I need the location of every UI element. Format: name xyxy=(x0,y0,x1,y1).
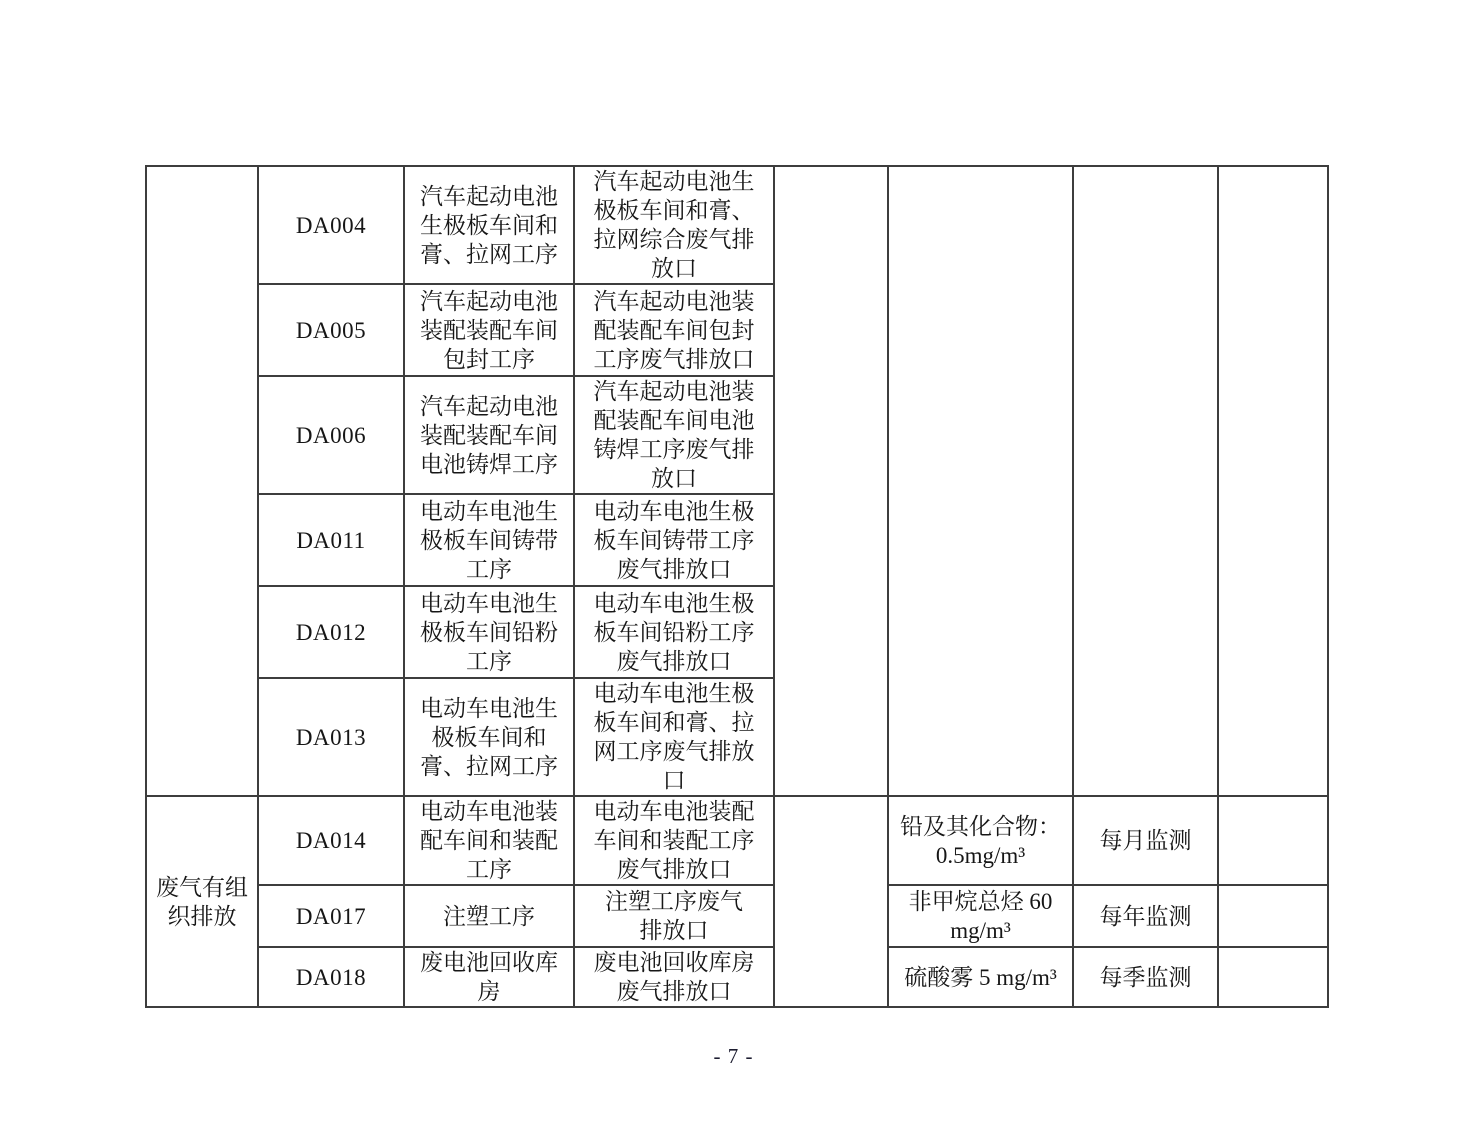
table-row: DA017 注塑工序 注塑工序废气排放口 非甲烷总烃 60 mg/m³ 每年监测 xyxy=(146,885,1328,947)
empty-cell xyxy=(1218,796,1328,885)
discharge-outlet-name: 电动车电池生极板车间和膏、拉网工序废气排放口 xyxy=(574,678,774,796)
outlet-code: DA006 xyxy=(258,376,404,494)
pollutant-limit: 铅及其化合物：0.5mg/m³ xyxy=(888,796,1073,885)
discharge-outlet-name: 电动车电池生极板车间铅粉工序废气排放口 xyxy=(574,586,774,678)
process-name: 电动车电池生极板车间和膏、拉网工序 xyxy=(404,678,574,796)
table-row: DA004 汽车起动电池生极板车间和膏、拉网工序 汽车起动电池生极板车间和膏、拉… xyxy=(146,166,1328,284)
process-name: 电动车电池生极板车间铸带工序 xyxy=(404,494,574,586)
process-name: 汽车起动电池装配装配车间电池铸焊工序 xyxy=(404,376,574,494)
empty-cell xyxy=(888,166,1073,796)
empty-cell xyxy=(1218,166,1328,796)
discharge-outlet-name: 电动车电池生极板车间铸带工序废气排放口 xyxy=(574,494,774,586)
outlet-code: DA013 xyxy=(258,678,404,796)
empty-cell xyxy=(1218,947,1328,1007)
discharge-outlet-name: 注塑工序废气排放口 xyxy=(574,885,774,947)
pollutant-limit: 非甲烷总烃 60 mg/m³ xyxy=(888,885,1073,947)
process-name: 注塑工序 xyxy=(404,885,574,947)
discharge-outlet-name: 汽车起动电池装配装配车间包封工序废气排放口 xyxy=(574,284,774,376)
process-name: 电动车电池装配车间和装配工序 xyxy=(404,796,574,885)
empty-cell xyxy=(1073,166,1218,796)
page-number: - 7 - xyxy=(0,1044,1467,1069)
outlet-code: DA005 xyxy=(258,284,404,376)
monitoring-frequency: 每季监测 xyxy=(1073,947,1218,1007)
pollutant-limit: 硫酸雾 5 mg/m³ xyxy=(888,947,1073,1007)
outlet-code: DA014 xyxy=(258,796,404,885)
empty-cell xyxy=(774,796,888,1007)
outlet-code: DA018 xyxy=(258,947,404,1007)
outlet-code: DA004 xyxy=(258,166,404,284)
category-cell: 废气有组织排放 xyxy=(146,796,258,1007)
document-page: DA004 汽车起动电池生极板车间和膏、拉网工序 汽车起动电池生极板车间和膏、拉… xyxy=(0,0,1467,1133)
table-row: DA018 废电池回收库房 废电池回收库房废气排放口 硫酸雾 5 mg/m³ 每… xyxy=(146,947,1328,1007)
monitoring-frequency: 每年监测 xyxy=(1073,885,1218,947)
discharge-outlet-name: 电动车电池装配车间和装配工序废气排放口 xyxy=(574,796,774,885)
monitoring-frequency: 每月监测 xyxy=(1073,796,1218,885)
category-cell-empty xyxy=(146,166,258,796)
process-name: 废电池回收库房 xyxy=(404,947,574,1007)
discharge-outlet-name: 废电池回收库房废气排放口 xyxy=(574,947,774,1007)
outlet-code: DA017 xyxy=(258,885,404,947)
table-row: 废气有组织排放 DA014 电动车电池装配车间和装配工序 电动车电池装配车间和装… xyxy=(146,796,1328,885)
outlet-code: DA011 xyxy=(258,494,404,586)
process-name: 电动车电池生极板车间铅粉工序 xyxy=(404,586,574,678)
empty-cell xyxy=(774,166,888,796)
discharge-outlet-name: 汽车起动电池生极板车间和膏、拉网综合废气排放口 xyxy=(574,166,774,284)
discharge-outlet-name: 汽车起动电池装配装配车间电池铸焊工序废气排放口 xyxy=(574,376,774,494)
outlet-code: DA012 xyxy=(258,586,404,678)
process-name: 汽车起动电池生极板车间和膏、拉网工序 xyxy=(404,166,574,284)
emission-monitoring-table: DA004 汽车起动电池生极板车间和膏、拉网工序 汽车起动电池生极板车间和膏、拉… xyxy=(145,165,1329,1008)
empty-cell xyxy=(1218,885,1328,947)
process-name: 汽车起动电池装配装配车间包封工序 xyxy=(404,284,574,376)
